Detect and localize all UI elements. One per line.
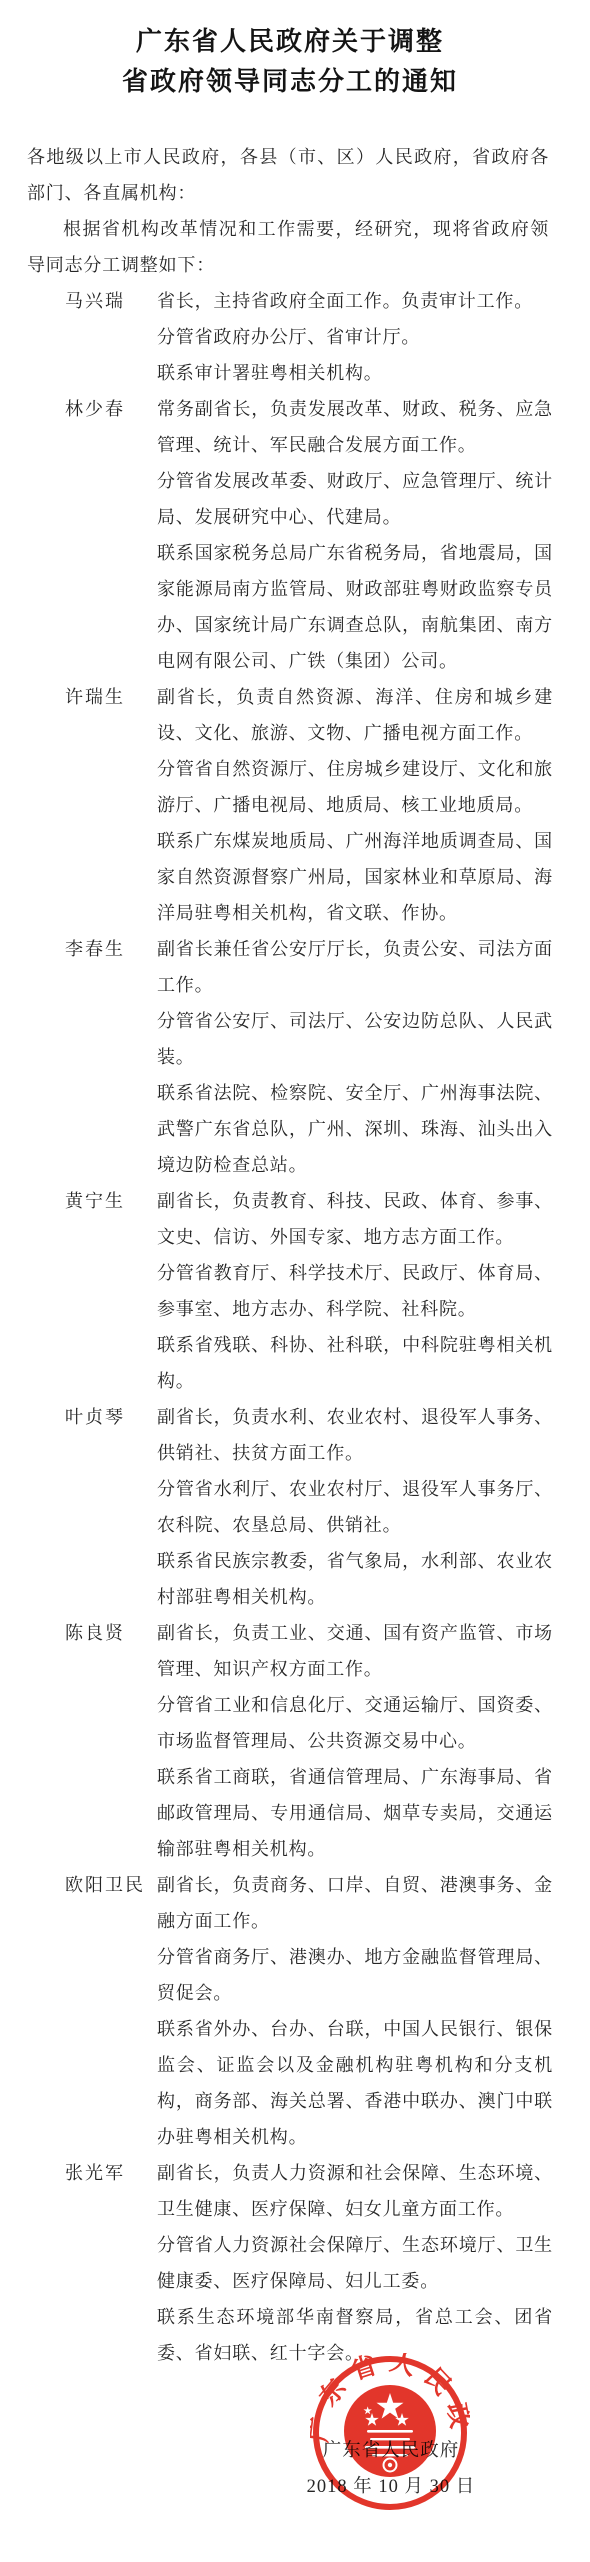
leader-entry: 林少春 常务副省长，负责发展改革、财政、税务、应急管理、统计、军民融合发展方面工… [157, 391, 553, 679]
entry-paragraphs: 副省长，负责教育、科技、民政、体育、参事、文史、信访、外国专家、地方志方面工作。… [157, 1183, 553, 1399]
national-emblem-icon [344, 2385, 436, 2477]
leader-entry: 陈良贤 副省长，负责工业、交通、国有资产监管、市场管理、知识产权方面工作。分管省… [157, 1615, 553, 1867]
entry-name: 许瑞生 [65, 679, 155, 715]
entry-paragraphs: 副省长，负责人力资源和社会保障、生态环境、卫生健康、医疗保障、妇女儿童方面工作。… [157, 2155, 553, 2371]
entry-paragraph: 联系审计署驻粤相关机构。 [157, 355, 553, 391]
salutation: 各地级以上市人民政府，各县（市、区）人民政府，省政府各部门、各直属机构： [27, 139, 549, 211]
entry-paragraph: 分管省公安厅、司法厅、公安边防总队、人民武装。 [157, 1003, 553, 1075]
entry-name: 叶贞琴 [65, 1399, 155, 1435]
entry-paragraph: 常务副省长，负责发展改革、财政、税务、应急管理、统计、军民融合发展方面工作。 [157, 391, 553, 463]
entries: 马兴瑞 省长，主持省政府全面工作。负责审计工作。分管省政府办公厅、省审计厅。联系… [27, 283, 553, 2371]
entry-paragraphs: 副省长，负责水利、农业农村、退役军人事务、供销社、扶贫方面工作。分管省水利厅、农… [157, 1399, 553, 1615]
entry-paragraph: 分管省人力资源社会保障厅、生态环境厅、卫生健康委、医疗保障局、妇儿工委。 [157, 2227, 553, 2299]
entry-paragraph: 联系省残联、科协、社科联，中科院驻粤相关机构。 [157, 1327, 553, 1399]
entry-paragraph: 副省长，负责教育、科技、民政、体育、参事、文史、信访、外国专家、地方志方面工作。 [157, 1183, 553, 1255]
entry-paragraph: 副省长，负责工业、交通、国有资产监管、市场管理、知识产权方面工作。 [157, 1615, 553, 1687]
leader-entry: 张光军 副省长，负责人力资源和社会保障、生态环境、卫生健康、医疗保障、妇女儿童方… [157, 2155, 553, 2371]
entry-paragraph: 分管省自然资源厅、住房城乡建设厅、文化和旅游厅、广播电视局、地质局、核工业地质局… [157, 751, 553, 823]
entry-name: 林少春 [65, 391, 155, 427]
entry-paragraphs: 副省长，负责工业、交通、国有资产监管、市场管理、知识产权方面工作。分管省工业和信… [157, 1615, 553, 1867]
entry-name: 欧阳卫民 [65, 1867, 155, 1903]
document-title: 广东省人民政府关于调整 省政府领导同志分工的通知 [27, 22, 553, 102]
entry-paragraph: 副省长，负责自然资源、海洋、住房和城乡建设、文化、旅游、文物、广播电视方面工作。 [157, 679, 553, 751]
entry-paragraph: 联系省工商联，省通信管理局、广东海事局、省邮政管理局、专用通信局、烟草专卖局，交… [157, 1759, 553, 1867]
entry-name: 张光军 [65, 2155, 155, 2191]
entry-name: 李春生 [65, 931, 155, 967]
entry-paragraph: 联系国家税务总局广东省税务局，省地震局，国家能源局南方监管局、财政部驻粤财政监察… [157, 535, 553, 679]
leader-entry: 许瑞生 副省长，负责自然资源、海洋、住房和城乡建设、文化、旅游、文物、广播电视方… [157, 679, 553, 931]
document-body: 广东省人民政府关于调整 省政府领导同志分工的通知 各地级以上市人民政府，各县（市… [0, 0, 590, 2371]
entry-name: 马兴瑞 [65, 283, 155, 319]
entry-paragraph: 副省长兼任省公安厅厅长，负责公安、司法方面工作。 [157, 931, 553, 1003]
entry-paragraph: 联系省法院、检察院、安全厅、广州海事法院、武警广东省总队，广州、深圳、珠海、汕头… [157, 1075, 553, 1183]
entry-paragraph: 分管省发展改革委、财政厅、应急管理厅、统计局、发展研究中心、代建局。 [157, 463, 553, 535]
leader-entry: 叶贞琴 副省长，负责水利、农业农村、退役军人事务、供销社、扶贫方面工作。分管省水… [157, 1399, 553, 1615]
entry-name: 黄宁生 [65, 1183, 155, 1219]
entry-name: 陈良贤 [65, 1615, 155, 1651]
entry-paragraphs: 副省长兼任省公安厅厅长，负责公安、司法方面工作。分管省公安厅、司法厅、公安边防总… [157, 931, 553, 1183]
intro-paragraph: 根据省机构改革情况和工作需要，经研究，现将省政府领导同志分工调整如下： [27, 211, 549, 283]
entry-paragraphs: 常务副省长，负责发展改革、财政、税务、应急管理、统计、军民融合发展方面工作。分管… [157, 391, 553, 679]
entry-paragraph: 分管省政府办公厅、省审计厅。 [157, 319, 553, 355]
entry-paragraph: 省长，主持省政府全面工作。负责审计工作。 [157, 283, 553, 319]
entry-paragraph: 分管省水利厅、农业农村厅、退役军人事务厅、农科院、农垦总局、供销社。 [157, 1471, 553, 1543]
entry-paragraph: 联系广东煤炭地质局、广州海洋地质调查局、国家自然资源督察广州局，国家林业和草原局… [157, 823, 553, 931]
entry-paragraph: 联系省民族宗教委，省气象局，水利部、农业农村部驻粤相关机构。 [157, 1543, 553, 1615]
title-line-1: 广东省人民政府关于调整 [136, 27, 444, 56]
leader-entry: 黄宁生 副省长，负责教育、科技、民政、体育、参事、文史、信访、外国专家、地方志方… [157, 1183, 553, 1399]
government-seal: 广东省人民政府 [310, 2353, 470, 2513]
leader-entry: 李春生 副省长兼任省公安厅厅长，负责公安、司法方面工作。分管省公安厅、司法厅、公… [157, 931, 553, 1183]
entry-paragraph: 副省长，负责水利、农业农村、退役军人事务、供销社、扶贫方面工作。 [157, 1399, 553, 1471]
entry-paragraph: 分管省教育厅、科学技术厅、民政厅、体育局、参事室、地方志办、科学院、社科院。 [157, 1255, 553, 1327]
entry-paragraph: 副省长，负责商务、口岸、自贸、港澳事务、金融方面工作。 [157, 1867, 553, 1939]
document-page: 广东省人民政府关于调整 省政府领导同志分工的通知 各地级以上市人民政府，各县（市… [0, 0, 590, 2562]
entry-paragraph: 联系省外办、台办、台联，中国人民银行、银保监会、证监会以及金融机构驻粤机构和分支… [157, 2011, 553, 2155]
entry-paragraph: 副省长，负责人力资源和社会保障、生态环境、卫生健康、医疗保障、妇女儿童方面工作。 [157, 2155, 553, 2227]
entry-paragraph: 分管省商务厅、港澳办、地方金融监督管理局、贸促会。 [157, 1939, 553, 2011]
entry-paragraphs: 省长，主持省政府全面工作。负责审计工作。分管省政府办公厅、省审计厅。联系审计署驻… [157, 283, 553, 391]
entry-paragraphs: 副省长，负责商务、口岸、自贸、港澳事务、金融方面工作。分管省商务厅、港澳办、地方… [157, 1867, 553, 2155]
entry-paragraphs: 副省长，负责自然资源、海洋、住房和城乡建设、文化、旅游、文物、广播电视方面工作。… [157, 679, 553, 931]
title-line-2: 省政府领导同志分工的通知 [122, 67, 458, 96]
entry-paragraph: 分管省工业和信息化厅、交通运输厅、国资委、市场监督管理局、公共资源交易中心。 [157, 1687, 553, 1759]
leader-entry: 马兴瑞 省长，主持省政府全面工作。负责审计工作。分管省政府办公厅、省审计厅。联系… [157, 283, 553, 391]
leader-entry: 欧阳卫民 副省长，负责商务、口岸、自贸、港澳事务、金融方面工作。分管省商务厅、港… [157, 1867, 553, 2155]
